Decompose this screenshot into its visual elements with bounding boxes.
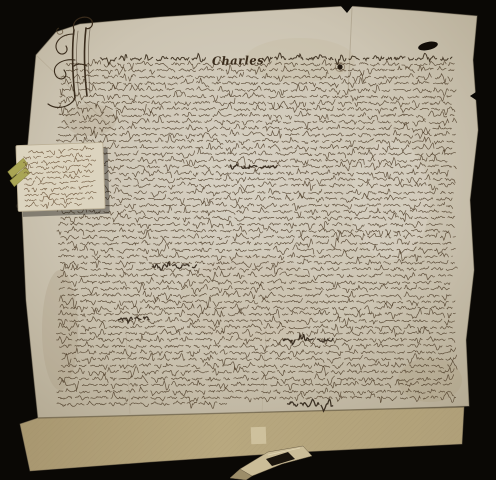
royal-name-charles: Charles bbox=[212, 53, 264, 68]
slip-paper bbox=[16, 142, 105, 211]
photograph-of-charter: A Charles bbox=[0, 0, 496, 480]
archive-slip bbox=[7, 142, 110, 217]
plica-patch bbox=[251, 427, 267, 445]
charter-photo-canvas: A Charles bbox=[0, 0, 496, 480]
